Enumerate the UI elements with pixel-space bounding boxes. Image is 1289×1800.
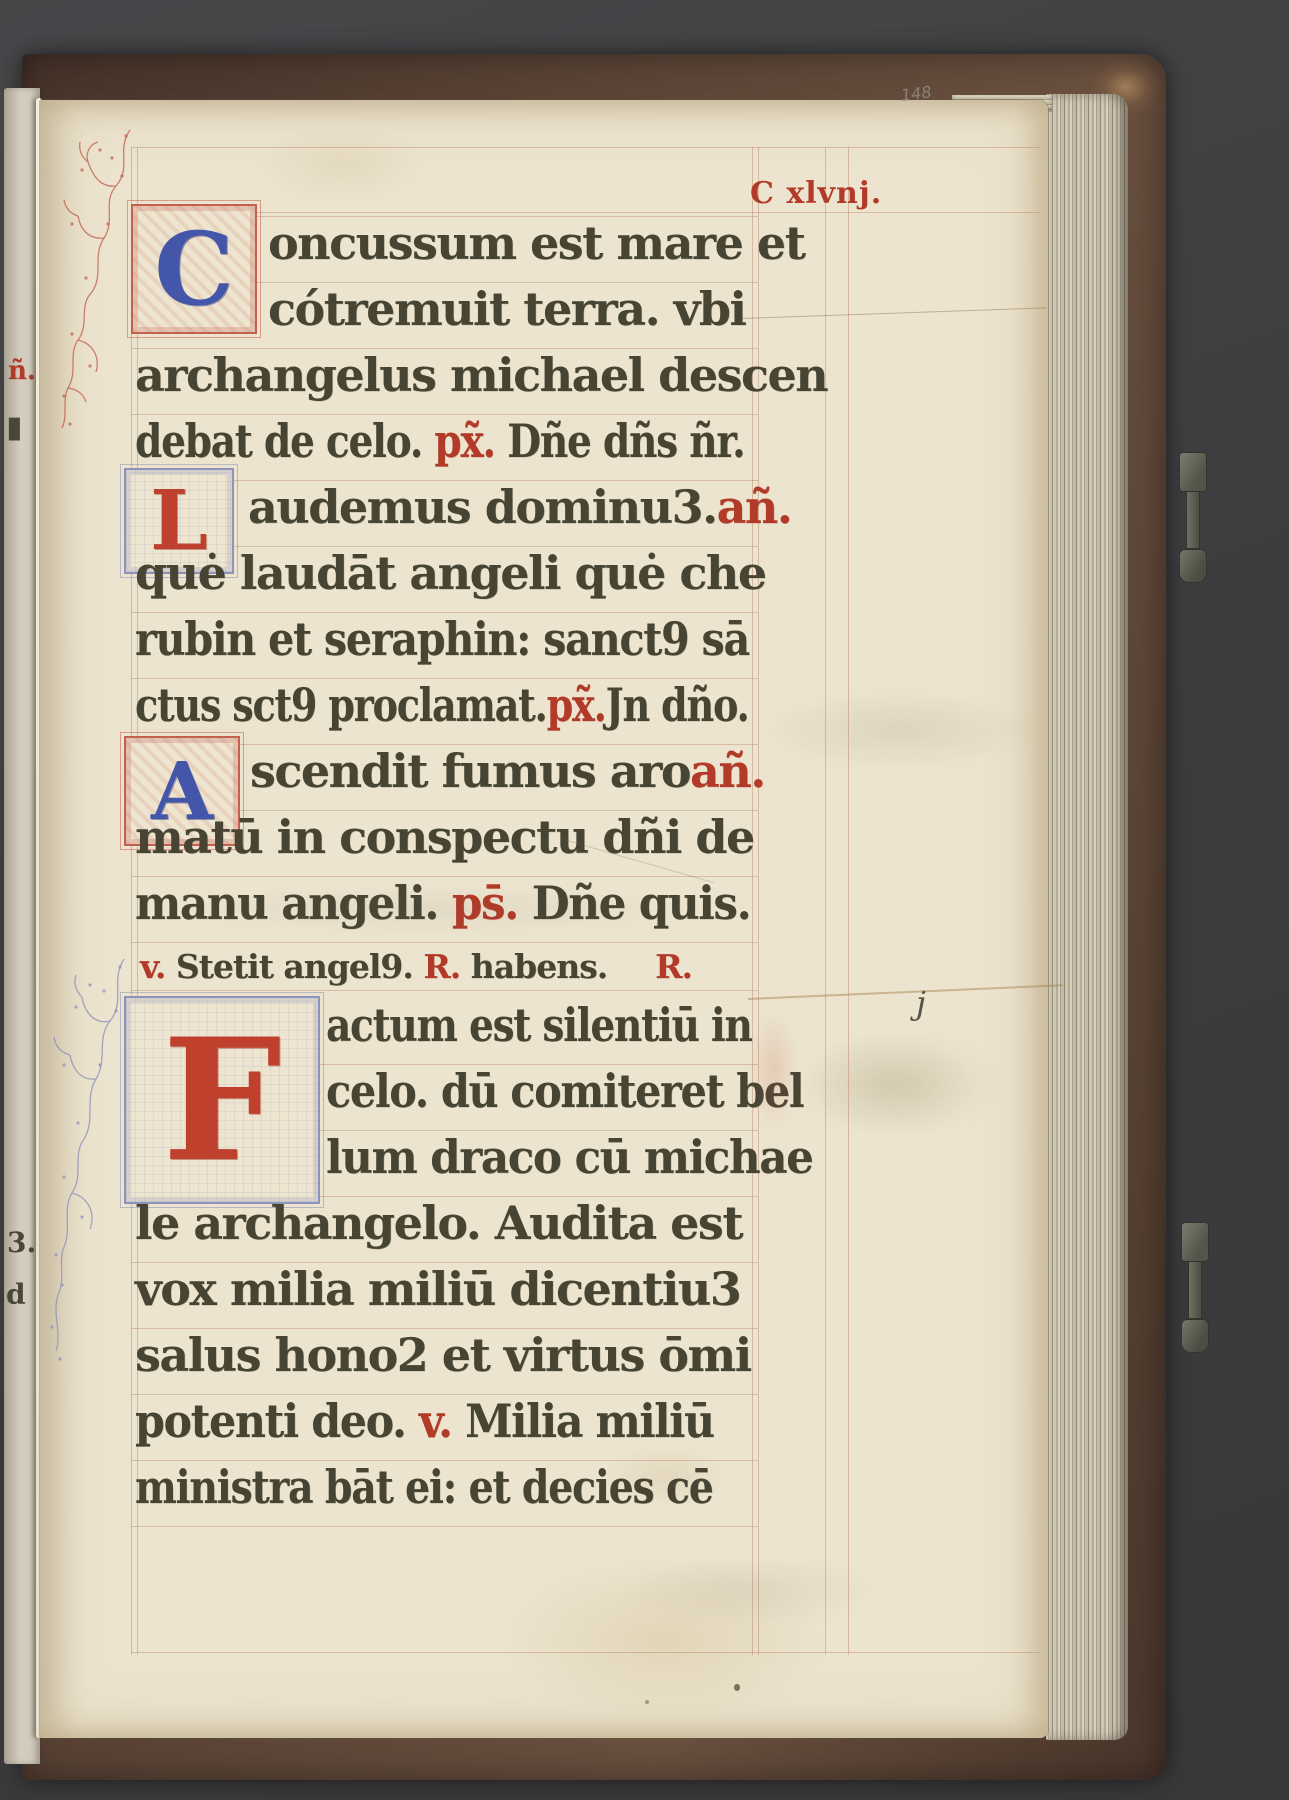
clasp-plate xyxy=(1181,1222,1209,1262)
page-stack-fore-edge xyxy=(1046,94,1128,1740)
show-through-ghost xyxy=(150,885,710,935)
rubric-versicle-mark: v. xyxy=(140,947,165,986)
clasp-foot xyxy=(1181,1319,1209,1353)
ruling-line-vertical xyxy=(848,147,849,1655)
purple-penwork-vine-flourish xyxy=(40,955,132,1375)
pencil-folio-number: 148 xyxy=(900,82,933,105)
illuminated-initial-C: C xyxy=(154,219,234,319)
versicle-line: v. Stetit angel9. R. habens. R. xyxy=(140,947,714,997)
manuscript-photo: ñ. ▮ 3. d xyxy=(0,0,1289,1800)
text-line: ctus sct9 proclamat.px̃.Jn dño. xyxy=(135,678,749,744)
spine-text-fragment: 3. xyxy=(7,1226,36,1259)
text-line: rubin et seraphin: sanct9 sā xyxy=(135,612,749,678)
text-line: potenti deo. v. Milia miliū xyxy=(135,1394,714,1460)
red-penwork-vine-flourish xyxy=(42,128,137,438)
text-line: vox milia miliū dicentiu3 xyxy=(135,1262,740,1328)
text-line: debat de celo. px̃. Dñe dñs ñr. xyxy=(135,414,744,480)
spine-text-fragment: ñ. xyxy=(8,356,36,386)
text-line: le archangelo. Audita est xyxy=(135,1196,742,1262)
text-line: salus hono2 et virtus ōmi xyxy=(135,1328,751,1394)
rubric-antiphon-mark: añ. xyxy=(690,744,765,798)
text-line: archangelus michael descen xyxy=(135,348,827,414)
clasp-stem xyxy=(1186,492,1200,549)
text-line: cótremuit terra. vbi xyxy=(268,282,745,348)
ruling-line xyxy=(131,1526,758,1527)
text-line: oncussum est mare et xyxy=(268,216,804,282)
show-through-ghost xyxy=(760,690,1040,770)
clasp-foot xyxy=(1179,549,1207,583)
spine-text-fragment: ▮ xyxy=(6,410,23,445)
rubric-response-mark: R. xyxy=(655,947,692,986)
text-line: ministra bāt ei: et decies cē xyxy=(135,1460,713,1526)
ruling-line xyxy=(131,1652,1040,1653)
text-line: audemus dominu3.añ. xyxy=(248,480,748,546)
text-line: actum est silentiū in xyxy=(326,998,752,1064)
metal-clasp-upper xyxy=(1176,452,1210,583)
ruling-line xyxy=(131,147,1040,148)
red-chapter-numeral: C xlvnj. xyxy=(750,176,882,211)
metal-clasp-lower xyxy=(1178,1222,1212,1353)
ruling-line xyxy=(131,942,758,943)
rubric-versicle-mark: v. xyxy=(419,1394,452,1448)
illuminated-initial-F: F xyxy=(162,1016,281,1184)
previous-page-edge: ñ. ▮ 3. d xyxy=(4,88,40,1764)
clasp-plate xyxy=(1179,452,1207,492)
illuminated-initial-frame-C: C xyxy=(131,204,257,334)
text-line: lum draco cū michae xyxy=(326,1130,813,1196)
spine-text-fragment: d xyxy=(6,1278,26,1311)
parchment-speck xyxy=(734,1684,740,1691)
rubric-antiphon-mark: añ. xyxy=(717,480,792,534)
red-initial-show-through xyxy=(750,1010,798,1130)
text-line: scendit fumus aroañ. xyxy=(250,744,748,810)
text-line: celo. dū comiteret bel xyxy=(326,1064,803,1130)
text-line: quė laudāt angeli quė che xyxy=(135,546,766,612)
parchment-speck xyxy=(645,1700,649,1704)
show-through-ghost xyxy=(620,1555,880,1625)
clasp-stem xyxy=(1188,1262,1202,1319)
rubric-psalm-mark: px̃. xyxy=(547,678,606,732)
illuminated-initial-frame-F: F xyxy=(124,996,320,1204)
rubric-psalm-mark: px̃. xyxy=(434,414,494,468)
rubric-response-mark: R. xyxy=(423,947,460,986)
ruling-line xyxy=(131,212,1040,213)
show-through-ghost xyxy=(800,1035,980,1135)
